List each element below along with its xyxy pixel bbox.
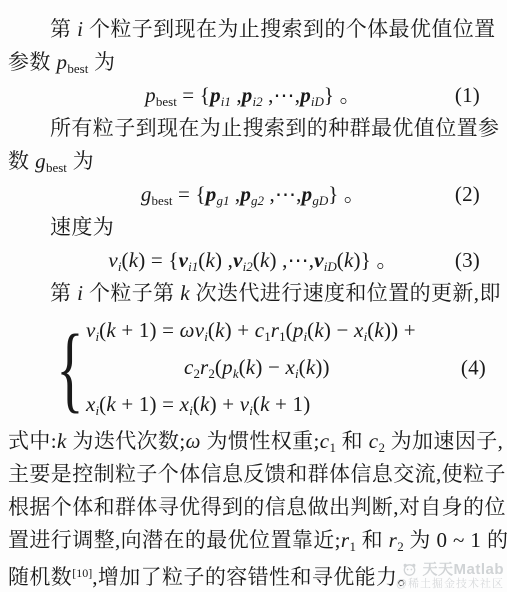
math-token: c [369, 429, 379, 453]
math-token: p [56, 50, 67, 74]
math-token: x [86, 392, 96, 416]
math-token: )} 。 [354, 248, 398, 272]
equation-2-number: (2) [455, 178, 480, 211]
math-token: )) + [384, 318, 416, 342]
math-token: 个粒子到现在为止搜索到的个体最优值位置 [83, 17, 495, 41]
math-token: 次迭代进行速度和位置的更新,即 [190, 281, 501, 305]
math-token: best [156, 94, 177, 109]
body-line-7: 式中:k 为迭代次数;ω 为惯性权重;c1 和 c2 为加速因子, [8, 425, 498, 458]
math-token: k [246, 355, 256, 379]
math-token: ,增加了粒子的容错性和寻优能力。 [92, 565, 419, 589]
math-token: ( [193, 392, 200, 416]
math-token: 随机数 [8, 565, 72, 589]
math-token: k [260, 392, 270, 416]
math-token: k [106, 318, 116, 342]
math-token: k [106, 392, 116, 416]
math-token: ( [253, 392, 260, 416]
math-token: )) [315, 355, 329, 379]
math-token: p [242, 83, 253, 107]
math-token: p [222, 355, 233, 379]
math-token: i1 [221, 94, 231, 109]
math-token: + 1) [270, 392, 311, 416]
equation-3-formula: vi(k) = {vi1(k) ,vi2(k) ,⋯,viD(k)} 。 [108, 248, 397, 272]
body-line-5: 速度为 [8, 211, 498, 244]
math-token: i2 [253, 94, 263, 109]
math-token: ( [253, 248, 260, 272]
math-token: 个粒子第 [83, 281, 180, 305]
math-token: p [240, 182, 251, 206]
equation-4-brace: { [56, 319, 84, 416]
math-token: ,⋯, [264, 182, 302, 206]
math-token: g [35, 149, 46, 173]
math-token: 所有粒子到现在为止搜索到的种群最优值位置参 [50, 116, 499, 140]
math-token: 和 [356, 528, 389, 552]
math-token: v [108, 248, 118, 272]
math-token: 速度为 [50, 215, 114, 239]
equation-4: { vi(k + 1) = ωvi(k) + c1r1(pi(k) − xi(k… [8, 310, 498, 425]
math-token: x [354, 318, 364, 342]
math-token: g [141, 182, 152, 206]
math-token: = { [173, 182, 206, 206]
equation-1-formula: pbest = {pi1 ,pi2 ,⋯,piD} 。 [145, 83, 361, 107]
math-token: ( [121, 248, 128, 272]
equation-3-number: (3) [455, 244, 480, 277]
equation-1-number: (1) [455, 79, 480, 112]
math-token: = { [177, 83, 210, 107]
math-token: 数 [8, 149, 35, 173]
body-line-9: 根据个体和群体寻优得到的信息做出判断,对自身的位 [8, 491, 498, 524]
equation-4-line-c: xi(k + 1) = xi(k) + vi(k + 1) [86, 386, 498, 423]
math-token: v [314, 248, 324, 272]
math-token: x [180, 392, 190, 416]
math-token: v [195, 318, 205, 342]
math-token: 。 [338, 182, 365, 206]
math-token: ( [337, 248, 344, 272]
equation-4-lines: vi(k + 1) = ωvi(k) + c1r1(pi(k) − xi(k))… [86, 310, 498, 425]
equation-2-formula: gbest = {pg1 ,pg2 ,⋯,pgD} 。 [141, 182, 365, 206]
math-token: v [86, 318, 96, 342]
math-token: [10] [72, 566, 92, 580]
body-line-10: 置进行调整,向潜在的最优位置靠近;r1 和 r2 为 0 ~ 1 的 [8, 524, 498, 557]
math-token: k [314, 318, 324, 342]
math-token: k [374, 318, 384, 342]
math-token: p [302, 182, 313, 206]
math-token: k [180, 281, 190, 305]
math-token: k [344, 248, 354, 272]
math-token: ( [208, 318, 215, 342]
math-token: 参数 [8, 50, 56, 74]
body-line-3: 所有粒子到现在为止搜索到的种群最优值位置参 [8, 112, 498, 145]
math-token: best [152, 193, 173, 208]
math-token: 第 [50, 17, 77, 41]
math-token: c [320, 429, 330, 453]
body-line-11: 随机数[10],增加了粒子的容错性和寻优能力。 [8, 557, 498, 590]
equation-3: vi(k) = {vi1(k) ,vi2(k) ,⋯,viD(k)} 。 (3) [8, 244, 498, 277]
math-token: c [255, 318, 265, 342]
math-token: ( [239, 355, 246, 379]
math-token: ) + [225, 318, 255, 342]
math-token: ) + [210, 392, 240, 416]
math-token: best [46, 160, 67, 175]
paper-page: 第 i 个粒子到现在为止搜索到的个体最优值位置 参数 pbest 为 pbest… [0, 0, 507, 590]
math-token: 为惯性权重; [201, 429, 320, 453]
math-token: ) − [324, 318, 354, 342]
math-token: ) ,⋯, [270, 248, 315, 272]
math-token: 根据个体和群体寻优得到的信息做出判断,对自身的位 [8, 495, 506, 519]
math-token: iD [311, 94, 324, 109]
math-token: ω [186, 429, 201, 453]
math-token: ) − [255, 355, 285, 379]
math-token: v [179, 248, 189, 272]
math-token: 为迭代次数; [67, 429, 186, 453]
math-token: ) = { [138, 248, 178, 272]
math-token: } [328, 182, 338, 206]
math-token: p [210, 83, 221, 107]
math-token: gD [312, 193, 328, 208]
math-token: x [285, 355, 295, 379]
math-token: k [260, 248, 270, 272]
math-token: g1 [216, 193, 229, 208]
math-token: g2 [251, 193, 264, 208]
math-token: 为 [88, 50, 115, 74]
math-token: ω [180, 318, 195, 342]
math-token: k [306, 355, 316, 379]
math-token: + 1) = [116, 392, 180, 416]
body-line-6: 第 i 个粒子第 k 次迭代进行速度和位置的更新,即 [8, 277, 498, 310]
math-token: v [233, 248, 243, 272]
math-token: ( [299, 355, 306, 379]
math-token: 式中: [8, 429, 57, 453]
math-token: + 1) = [116, 318, 180, 342]
math-token: c [184, 355, 194, 379]
math-token: k [200, 392, 210, 416]
math-token: k [206, 248, 216, 272]
equation-4-number: (4) [461, 351, 486, 384]
math-token: p [145, 83, 156, 107]
math-token: , [231, 83, 242, 107]
body-line-1: 第 i 个粒子到现在为止搜索到的个体最优值位置 [8, 13, 498, 46]
body-line-2: 参数 pbest 为 [8, 46, 498, 79]
equation-1: pbest = {pi1 ,pi2 ,⋯,piD} 。 (1) [8, 79, 498, 112]
math-token: p [293, 318, 304, 342]
math-token: ) , [215, 248, 233, 272]
math-token: p [300, 83, 311, 107]
math-token: ( [286, 318, 293, 342]
math-token: 。 [334, 83, 361, 107]
math-token: 置进行调整,向潜在的最优位置靠近; [8, 528, 341, 552]
math-token: 和 [336, 429, 369, 453]
math-token: v [240, 392, 250, 416]
math-token: ,⋯, [263, 83, 301, 107]
math-token: best [67, 61, 88, 76]
equation-2: gbest = {pg1 ,pg2 ,⋯,pgD} 。 (2) [8, 178, 498, 211]
body-line-4: 数 gbest 为 [8, 145, 498, 178]
math-token: 主要是控制粒子个体信息反馈和群体信息交流,使粒子 [8, 462, 506, 486]
math-token: i2 [243, 259, 253, 274]
math-token: iD [324, 259, 337, 274]
math-token: i1 [188, 259, 198, 274]
math-token: r [271, 318, 279, 342]
math-token: k [129, 248, 139, 272]
math-token: 第 [50, 281, 77, 305]
math-token: 为 0 ~ 1 的 [404, 528, 507, 552]
math-token: , [229, 182, 240, 206]
body-line-8: 主要是控制粒子个体信息反馈和群体信息交流,使粒子 [8, 458, 498, 491]
math-token: } [324, 83, 334, 107]
math-token: r [389, 528, 398, 552]
equation-4-line-a: vi(k + 1) = ωvi(k) + c1r1(pi(k) − xi(k))… [86, 312, 498, 349]
math-token: ( [198, 248, 205, 272]
math-token: 为 [67, 149, 94, 173]
math-token: k [57, 429, 67, 453]
math-token: 为加速因子, [385, 429, 503, 453]
math-token: p [206, 182, 217, 206]
math-token: k [215, 318, 225, 342]
equation-4-line-b: c2r2(pk(k) − xi(k)) [86, 349, 498, 386]
